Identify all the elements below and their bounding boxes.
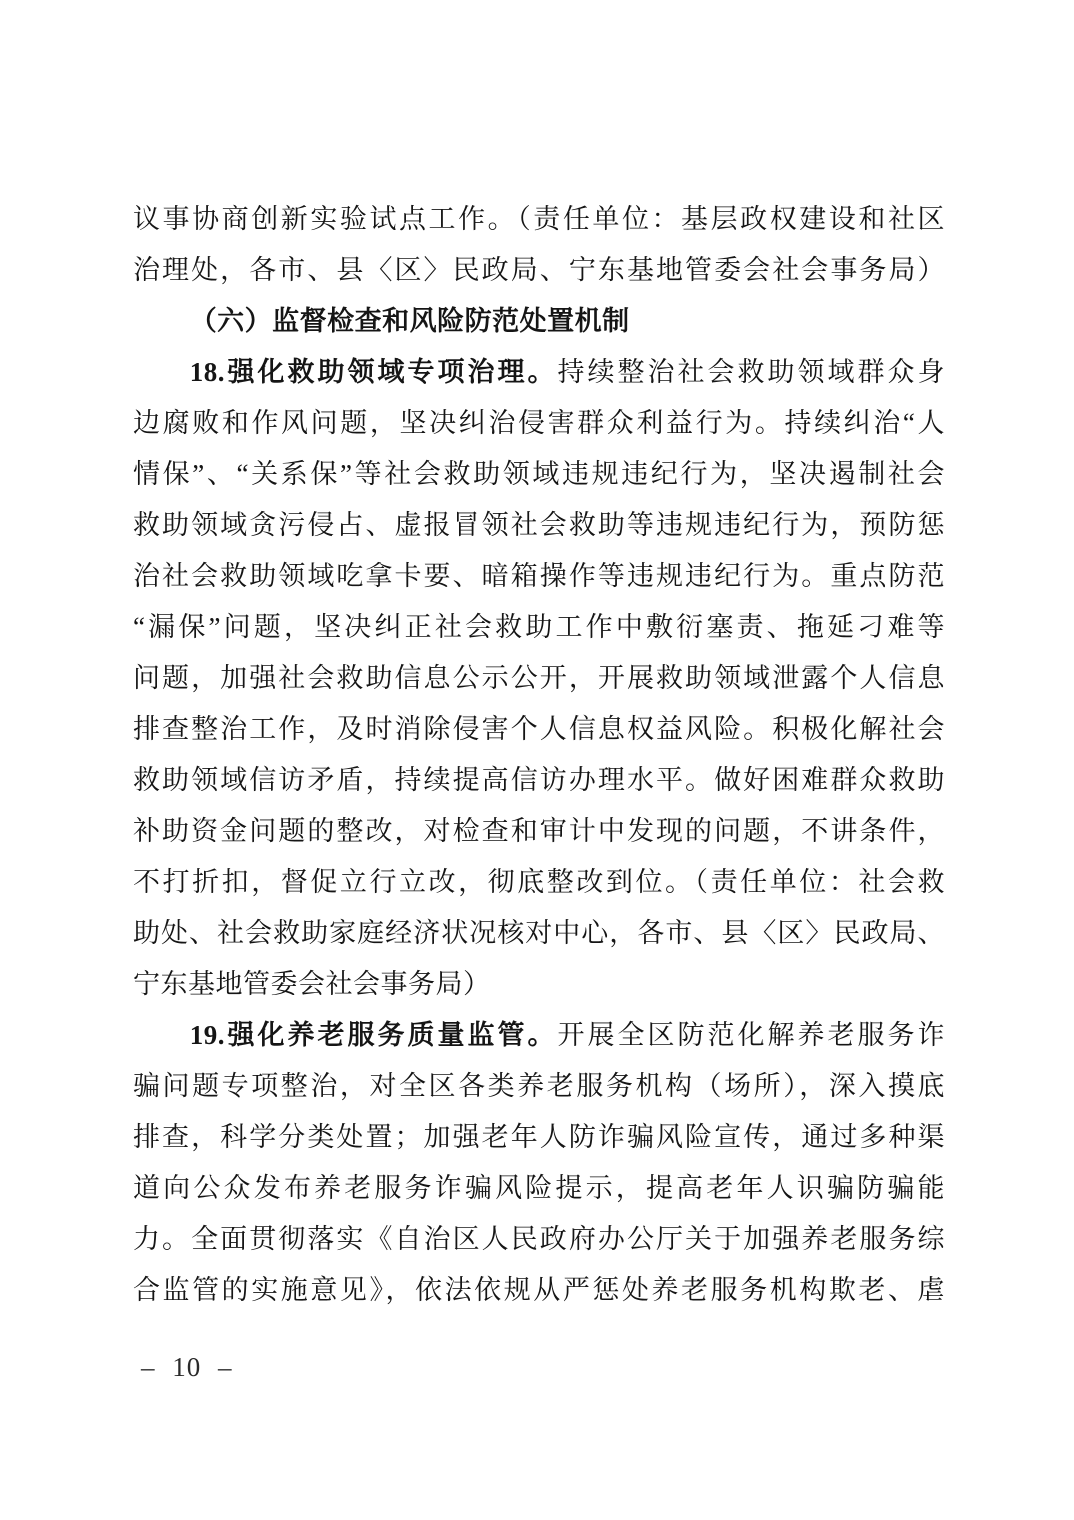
text-line-16: 宁东基地管委会社会事务局） [133, 959, 945, 1010]
text-line-17: 19.强化养老服务质量监管。开展全区防范化解养老服务诈 [133, 1010, 945, 1061]
text-run: 补助资金问题的整改，对检查和审计中发现的问题，不讲条件， [133, 816, 945, 846]
text-run: 排查，科学分类处置；加强老年人防诈骗风险宣传，通过多种渠 [133, 1122, 945, 1152]
text-line-18: 骗问题专项整治，对全区各类养老服务机构（场所），深入摸底 [133, 1061, 945, 1112]
text-line-5: 边腐败和作风问题，坚决纠治侵害群众利益行为。持续纠治“人 [133, 398, 945, 449]
text-line-20: 道向公众发布养老服务诈骗风险提示，提高老年人识骗防骗能 [133, 1163, 945, 1214]
bold-text-run: 19.强化养老服务质量监管。 [190, 1020, 558, 1050]
text-line-10: 问题，加强社会救助信息公示公开，开展救助领域泄露个人信息 [133, 653, 945, 704]
text-line-21: 力。全面贯彻落实《自治区人民政府办公厅关于加强养老服务综 [133, 1214, 945, 1265]
text-run: 治理处，各市、县〈区〉民政局、宁东基地管委会社会事务局） [133, 255, 945, 285]
text-run: 道向公众发布养老服务诈骗风险提示，提高老年人识骗防骗能 [133, 1173, 945, 1203]
text-run: 力。全面贯彻落实《自治区人民政府办公厅关于加强养老服务综 [133, 1224, 945, 1254]
text-run: 治社会救助领域吃拿卡要、暗箱操作等违规违纪行为。重点防范 [133, 561, 945, 591]
text-line-11: 排查整治工作，及时消除侵害个人信息权益风险。积极化解社会 [133, 704, 945, 755]
text-run: 救助领域信访矛盾，持续提高信访办理水平。做好困难群众救助 [133, 765, 945, 795]
text-line-7: 救助领域贪污侵占、虚报冒领社会救助等违规违纪行为，预防惩 [133, 500, 945, 551]
text-line-13: 补助资金问题的整改，对检查和审计中发现的问题，不讲条件， [133, 806, 945, 857]
text-line-8: 治社会救助领域吃拿卡要、暗箱操作等违规违纪行为。重点防范 [133, 551, 945, 602]
page-number: – 10 – [141, 1352, 233, 1382]
text-line-15: 助处、社会救助家庭经济状况核对中心，各市、县〈区〉民政局、 [133, 908, 945, 959]
text-run: 开展全区防范化解养老服务诈 [557, 1020, 945, 1050]
document-page: 议事协商创新实验试点工作。（责任单位：基层政权建设和社区治理处，各市、县〈区〉民… [0, 0, 1074, 1520]
text-line-22: 合监管的实施意见》，依法依规从严惩处养老服务机构欺老、虐 [133, 1265, 945, 1316]
text-line-2: 治理处，各市、县〈区〉民政局、宁东基地管委会社会事务局） [133, 245, 945, 296]
text-run: 议事协商创新实验试点工作。（责任单位：基层政权建设和社区 [133, 204, 945, 234]
text-line-3: （六）监督检查和风险防范处置机制 [133, 296, 945, 347]
text-run: 排查整治工作，及时消除侵害个人信息权益风险。积极化解社会 [133, 714, 945, 744]
text-run: 持续整治社会救助领域群众身 [557, 357, 945, 387]
text-line-4: 18.强化救助领域专项治理。持续整治社会救助领域群众身 [133, 347, 945, 398]
text-line-14: 不打折扣，督促立行立改，彻底整改到位。（责任单位：社会救 [133, 857, 945, 908]
text-line-6: 情保”、“关系保”等社会救助领域违规违纪行为，坚决遏制社会 [133, 449, 945, 500]
text-line-12: 救助领域信访矛盾，持续提高信访办理水平。做好困难群众救助 [133, 755, 945, 806]
text-run: “漏保”问题，坚决纠正社会救助工作中敷衍塞责、拖延刁难等 [133, 612, 945, 642]
text-run: 助处、社会救助家庭经济状况核对中心，各市、县〈区〉民政局、 [133, 918, 945, 948]
text-run: 问题，加强社会救助信息公示公开，开展救助领域泄露个人信息 [133, 663, 945, 693]
text-line-19: 排查，科学分类处置；加强老年人防诈骗风险宣传，通过多种渠 [133, 1112, 945, 1163]
text-run: 边腐败和作风问题，坚决纠治侵害群众利益行为。持续纠治“人 [133, 408, 945, 438]
bold-text-run: 18.强化救助领域专项治理。 [190, 357, 558, 387]
text-line-9: “漏保”问题，坚决纠正社会救助工作中敷衍塞责、拖延刁难等 [133, 602, 945, 653]
text-run: 救助领域贪污侵占、虚报冒领社会救助等违规违纪行为，预防惩 [133, 510, 945, 540]
text-body: 议事协商创新实验试点工作。（责任单位：基层政权建设和社区治理处，各市、县〈区〉民… [133, 194, 945, 1316]
bold-text-run: （六）监督检查和风险防范处置机制 [190, 306, 630, 336]
text-run: 情保”、“关系保”等社会救助领域违规违纪行为，坚决遏制社会 [133, 459, 945, 489]
text-run: 合监管的实施意见》，依法依规从严惩处养老服务机构欺老、虐 [133, 1275, 945, 1305]
text-run: 宁东基地管委会社会事务局） [133, 969, 491, 999]
text-run: 骗问题专项整治，对全区各类养老服务机构（场所），深入摸底 [133, 1071, 945, 1101]
text-run: 不打折扣，督促立行立改，彻底整改到位。（责任单位：社会救 [133, 867, 945, 897]
text-line-1: 议事协商创新实验试点工作。（责任单位：基层政权建设和社区 [133, 194, 945, 245]
